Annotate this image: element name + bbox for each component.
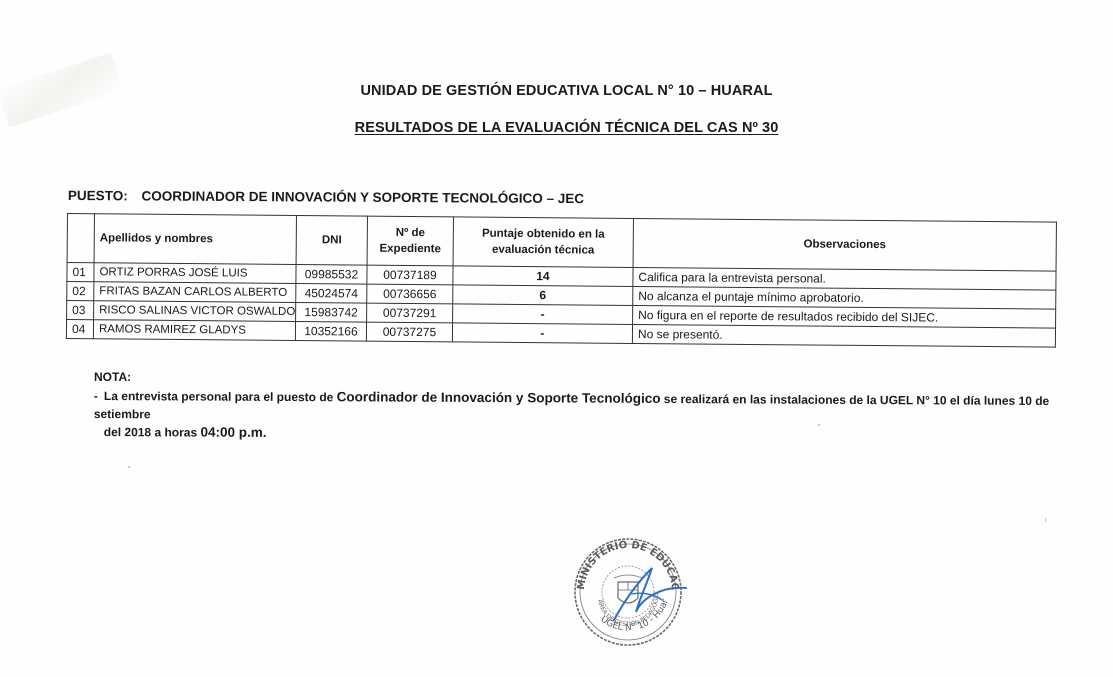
position-line: PUESTO: COORDINADOR DE INNOVACIÓN Y SOPO… (68, 188, 584, 206)
scan-speck (128, 466, 130, 468)
column-header-dni: DNI (296, 216, 367, 266)
cell-score: - (452, 323, 632, 344)
cell-name: RAMOS RAMIREZ GLADYS (93, 320, 295, 341)
note-line2-text: del 2018 a horas (104, 425, 201, 440)
column-header-number (67, 214, 94, 263)
cell-expediente: 00737189 (367, 265, 453, 285)
cell-dni: 09985532 (296, 265, 367, 285)
cell-number: 02 (67, 282, 94, 301)
note-text-part1: La entrevista personal para el puesto de (104, 389, 337, 404)
svg-text:MINISTERIO DE EDUCACIÓN: MINISTERIO DE EDUCACIÓN (566, 528, 680, 591)
position-value: COORDINADOR DE INNOVACIÓN Y SOPORTE TECN… (141, 188, 584, 206)
column-header-expediente: Nº de Expediente (367, 216, 453, 266)
cell-number: 03 (67, 301, 94, 320)
institution-title: UNIDAD DE GESTIÓN EDUCATIVA LOCAL N° 10 … (10, 83, 1113, 99)
cell-score: - (453, 304, 633, 325)
note-time: 04:00 p.m. (200, 425, 266, 440)
results-subtitle-text: RESULTADOS DE LA EVALUACIÓN TÉCNICA DEL … (355, 120, 779, 136)
note-bullet: - (94, 387, 104, 405)
cell-dni: 45024574 (296, 284, 367, 304)
results-subtitle: RESULTADOS DE LA EVALUACIÓN TÉCNICA DEL … (10, 120, 1113, 136)
note-body: -La entrevista personal para el puesto d… (94, 387, 1074, 446)
cell-observations: No se presentó. (632, 324, 1055, 347)
scan-speck (818, 424, 820, 426)
note-text-emphasis: Coordinador de Innovación y Soporte Tecn… (337, 389, 661, 406)
results-table-container: Apellidos y nombres DNI Nº de Expediente… (66, 213, 1057, 348)
column-header-observations: Observaciones (633, 218, 1056, 271)
seal-outer-text: MINISTERIO DE EDUCACIÓN (566, 528, 680, 591)
cell-expediente: 00736656 (367, 284, 453, 304)
document-page: UNIDAD DE GESTIÓN EDUCATIVA LOCAL N° 10 … (0, 0, 1113, 677)
cell-name: ORTIZ PORRAS JOSÉ LUIS (94, 263, 296, 284)
cell-score: 6 (453, 285, 633, 306)
cell-dni: 15983742 (296, 302, 367, 322)
note-line-1: -La entrevista personal para el puesto d… (94, 387, 1074, 428)
scan-speck (1045, 518, 1046, 522)
table-header-row: Apellidos y nombres DNI Nº de Expediente… (67, 214, 1056, 272)
cell-number: 01 (67, 263, 94, 282)
note-line-2: del 2018 a horas 04:00 p.m. (94, 423, 1074, 446)
column-header-score: Puntaje obtenido en la evaluación técnic… (453, 217, 633, 268)
official-seal-stamp: MINISTERIO DE EDUCACIÓN ÁREA DE GESTIÓN … (566, 528, 690, 652)
cell-number: 04 (66, 320, 93, 339)
cell-expediente: 00737291 (367, 303, 453, 323)
cell-score: 14 (453, 266, 633, 287)
position-label: PUESTO: (68, 188, 128, 203)
cell-expediente: 00737275 (366, 322, 452, 342)
column-header-name: Apellidos y nombres (94, 214, 296, 265)
cell-name: RISCO SALINAS VICTOR OSWALDO (94, 301, 296, 322)
cell-name: FRITAS BAZAN CARLOS ALBERTO (94, 282, 296, 303)
cell-dni: 10352166 (295, 321, 366, 341)
note-heading: NOTA: (94, 370, 131, 384)
results-table: Apellidos y nombres DNI Nº de Expediente… (66, 213, 1057, 348)
